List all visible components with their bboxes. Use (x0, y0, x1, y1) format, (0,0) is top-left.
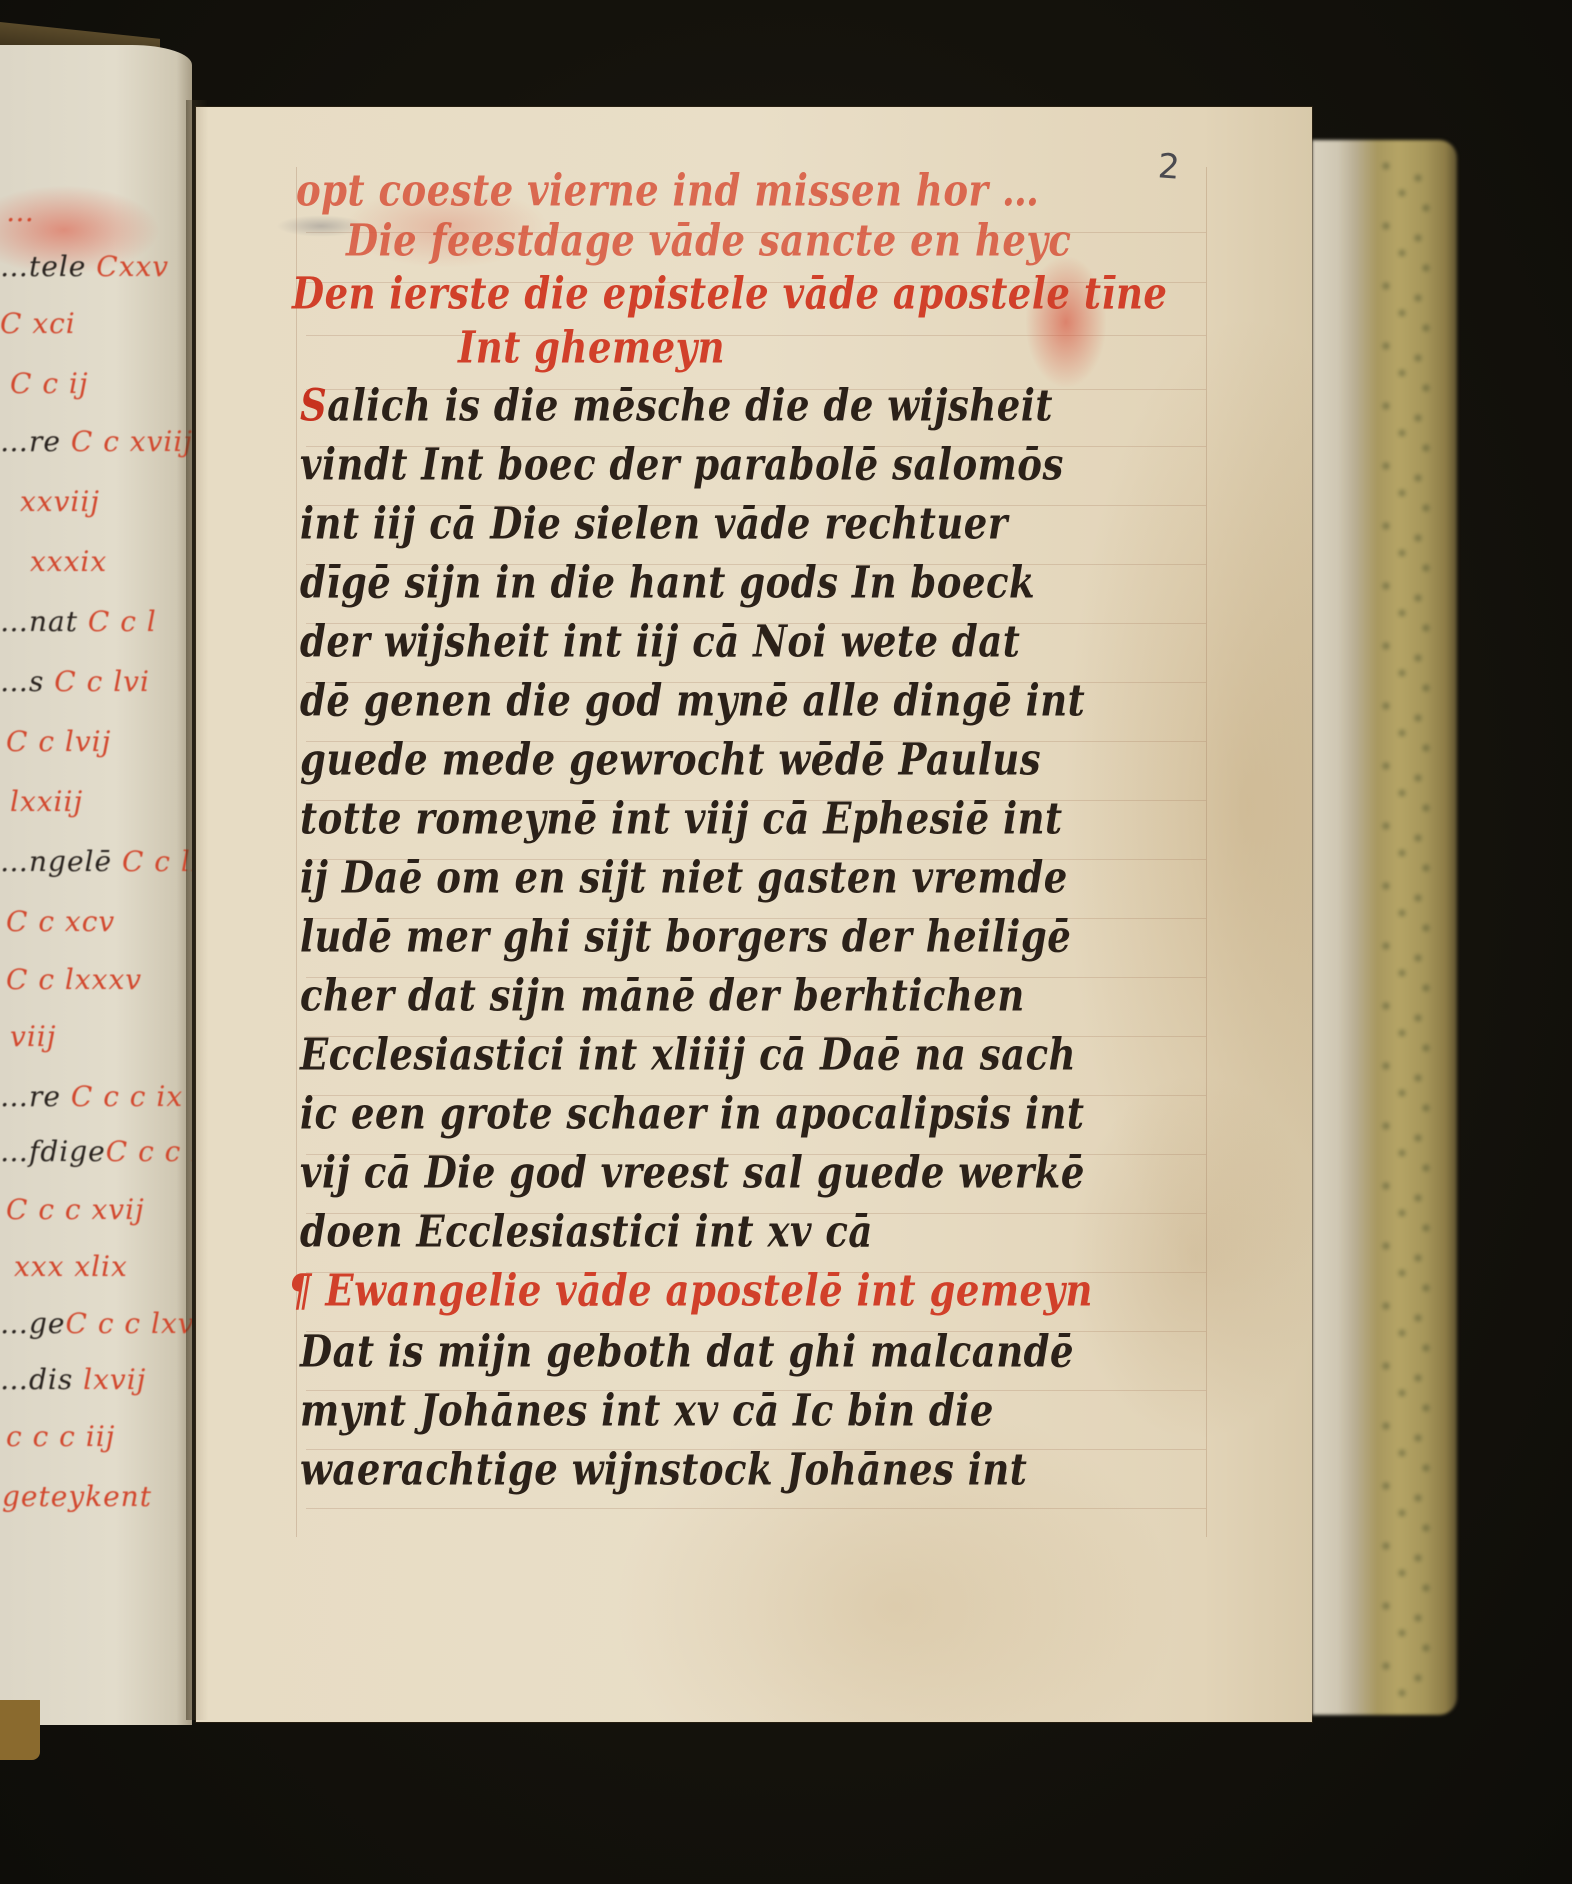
body-line: mynt Johānes int xv cā Ic bin die (300, 1384, 994, 1436)
body-line: vij cā Die god vreest sal guede werkē (300, 1146, 1085, 1198)
left-page-table-of-contents: … …tele Cxxv C xci C c ij …re C c xviij … (0, 45, 192, 1725)
gutter-shadow (186, 100, 208, 1720)
left-line: …geC c c lxvi (0, 1307, 192, 1340)
body-line: int iij cā Die sielen vāde rechtuer (300, 497, 1008, 549)
rubric-heading-line: Den ierste die epistele vāde apostele tī… (292, 267, 1167, 319)
left-line: C c c xvij (6, 1193, 145, 1226)
left-line: …dis lxvij (0, 1363, 146, 1396)
rubric-gospel-heading: ¶ Ewangelie vāde apostelē int gemeyn (288, 1264, 1093, 1316)
left-line: … (6, 195, 35, 228)
body-line: guede mede gewrocht wēdē Paulus (300, 733, 1041, 785)
body-line: ij Daē om en sijt niet gasten vremde (300, 851, 1068, 903)
left-line: C c xcv (6, 905, 115, 938)
left-cover-corner (0, 1700, 40, 1760)
left-line: C c ij (10, 367, 89, 400)
left-line: lxxiij (10, 785, 83, 818)
body-line: totte romeynē int viij cā Ephesiē int (300, 792, 1063, 844)
body-line: vindt Int boec der parabolē salomōs (300, 438, 1064, 490)
body-line: Ecclesiastici int xliiij cā Daē na sach (300, 1028, 1076, 1080)
rubricated-initial: S (300, 379, 327, 431)
body-line: waerachtige wijnstock Johānes int (300, 1443, 1027, 1495)
left-page-verso: … …tele Cxxv C xci C c ij …re C c xviij … (0, 45, 192, 1725)
body-line: dīgē sijn in die hant gods In boeck (300, 556, 1035, 608)
body-line: der wijsheit int iij cā Noi wete dat (300, 615, 1020, 667)
left-line: geteykent (2, 1480, 152, 1513)
body-line: ludē mer ghi sijt borgers der heiligē (300, 910, 1071, 962)
rubric-heading-line: opt coeste vierne ind missen hor … (296, 164, 1039, 216)
rubric-heading-line: Die feestdage vāde sancte en heyc (346, 214, 1071, 266)
rubric-heading-line: Int ghemeyn (458, 321, 725, 373)
body-line: Dat is mijn geboth dat ghi malcandē (300, 1325, 1074, 1377)
left-line: C c lxxxv (6, 963, 142, 996)
body-line: ic een grote schaer in apocalipsis int (300, 1087, 1085, 1139)
body-line: dē genen die god mynē alle dingē int (300, 674, 1085, 726)
left-line: …tele Cxxv (0, 250, 169, 283)
left-line: C xci (0, 307, 76, 340)
manuscript-text-block: opt coeste vierne ind missen hor … Die f… (196, 107, 1312, 1722)
left-line: …re C c c ix (0, 1080, 183, 1113)
left-line: xxviij (20, 485, 100, 518)
right-page-recto: 2 opt coeste vierne ind missen hor … Die… (196, 107, 1312, 1722)
body-line: doen Ecclesiastici int xv cā (300, 1205, 873, 1257)
body-line: Salich is die mēsche die de wijsheit (300, 379, 1053, 431)
left-line: c c c iij (6, 1420, 115, 1453)
left-line: …nat C c l (0, 605, 157, 638)
fore-edge-speckle (1370, 160, 1450, 1700)
left-line: …re C c xviij (0, 425, 192, 458)
left-line: …s C c lvi (0, 665, 150, 698)
left-line: viij (10, 1020, 56, 1053)
left-line: …fdigeC c c xv (0, 1135, 192, 1168)
left-line: xxxix (30, 545, 107, 578)
body-line: cher dat sijn mānē der berhtichen (300, 969, 1025, 1021)
left-line: C c lvij (6, 725, 111, 758)
left-line: …ngelē C c lxv (0, 845, 192, 878)
left-line: xxx xlix (14, 1250, 128, 1283)
